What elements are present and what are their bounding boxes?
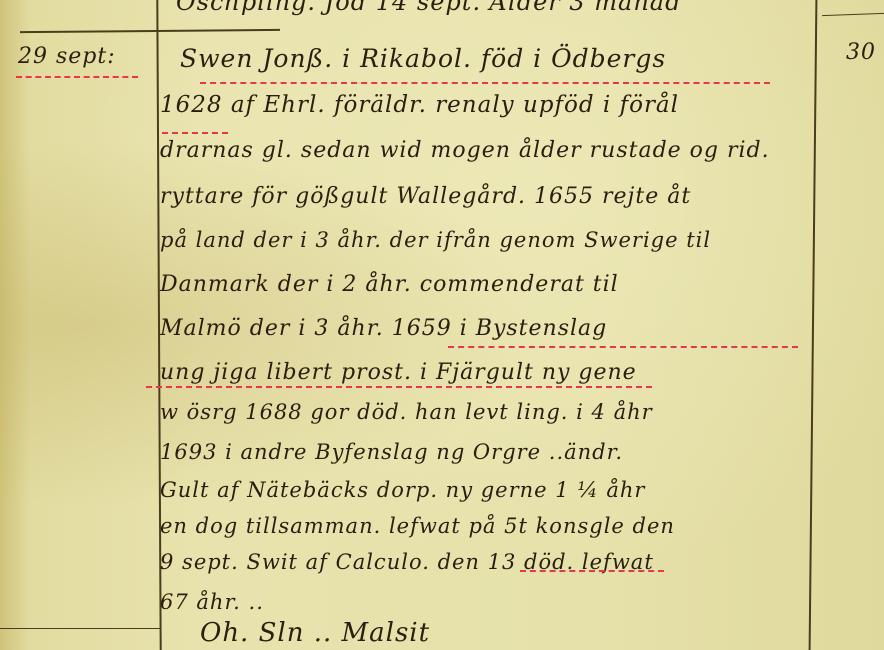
- entry-top-rule: [20, 29, 280, 33]
- entry-line-4: ryttare för gößgult Wallegård. 1655 rejt…: [160, 184, 691, 209]
- right-entry-top-rule: [822, 13, 884, 16]
- top-fragment-text: Oschpling. Jöd 14 sept. Ålder 3 månad: [176, 0, 681, 16]
- annotation-place-underline: [146, 386, 652, 388]
- entry-line-10: 1693 i andre Byfenslag ng Orgre ..ändr.: [160, 440, 623, 464]
- register-page: Oschpling. Jöd 14 sept. Ålder 3 månad 29…: [0, 0, 884, 650]
- entry-line-7: Malmö der i 3 åhr. 1659 i Bystenslag: [160, 316, 607, 341]
- margin-date: 29 sept:: [18, 44, 116, 69]
- entry-line-5: på land der i 3 åhr. der ifrån genom Swe…: [160, 228, 711, 252]
- bottom-fragment-text: Oh. Sln .. Malsit: [200, 618, 430, 648]
- entry-line-8: ung jiga libert prost. i Fjärgult ny gen…: [160, 360, 637, 385]
- annotation-birth-year-underline: [162, 132, 228, 134]
- entry-bottom-rule: [0, 628, 160, 629]
- right-column-number: 30: [846, 40, 876, 65]
- entry-line-6: Danmark der i 2 åhr. commenderat til: [160, 272, 619, 297]
- entry-line-1: Swen Jonß. i Rikabol. föd i Ödbergs: [180, 44, 666, 73]
- entry-line-9: w ösrg 1688 gor död. han levt ling. i 4 …: [160, 400, 653, 424]
- annotation-year-underline: [448, 346, 798, 348]
- right-column-rule: [809, 0, 818, 650]
- annotation-date-underline: [16, 76, 138, 78]
- entry-line-14: 67 åhr. ..: [160, 590, 264, 614]
- entry-line-3: drarnas gl. sedan wid mogen ålder rustad…: [160, 138, 770, 163]
- entry-line-2: 1628 af Ehrl. föräldr. renaly upföd i fö…: [160, 92, 679, 118]
- annotation-death-date-underline: [520, 570, 664, 572]
- entry-line-12: en dog tillsamman. lefwat på 5t konsgle …: [160, 514, 675, 538]
- annotation-name-underline: [200, 82, 770, 84]
- entry-line-11: Gult af Nätebäcks dorp. ny gerne 1 ¼ åhr: [160, 478, 645, 502]
